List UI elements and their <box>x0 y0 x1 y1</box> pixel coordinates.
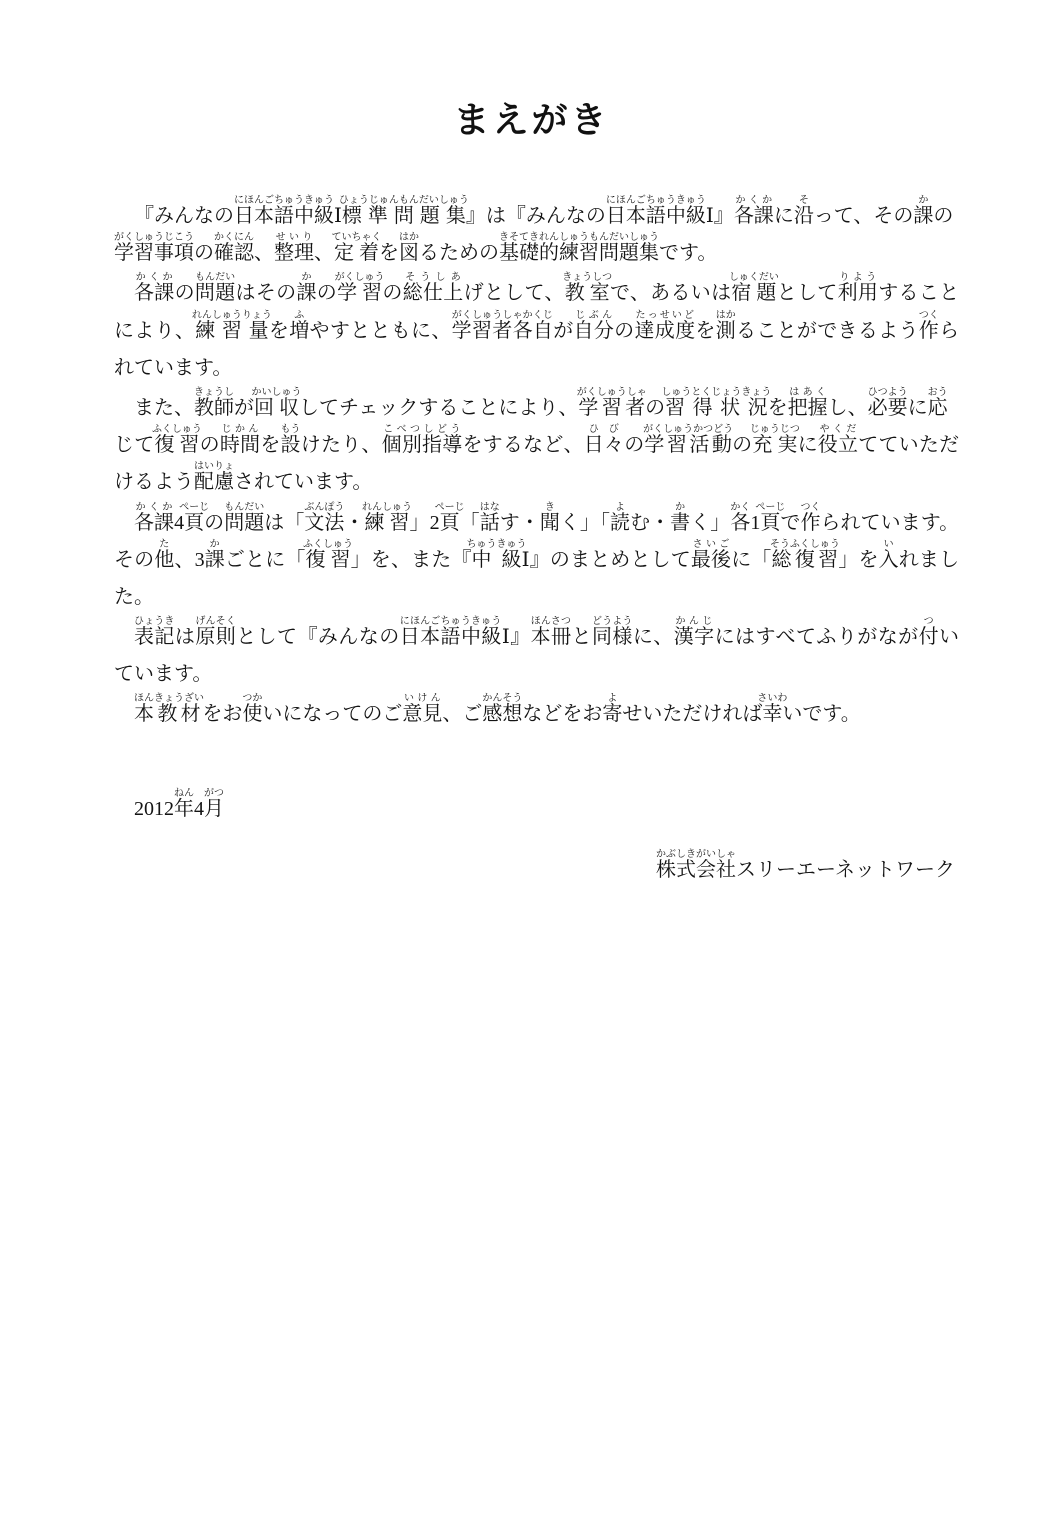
ruby-annotated-word: 回収かいしゅう <box>254 397 299 419</box>
ruby-annotated-word: 本冊ほんさつ <box>531 626 572 648</box>
ruby-annotated-word: 達成度たっせいど <box>634 320 695 342</box>
ruby-annotated-word: 学習者各自がくしゅうしゃかくじ <box>452 320 554 342</box>
preface-body: 『みんなの日本語中級にほんごちゅうきゅうⅠ標準問題集ひょうじゅんもんだいしゅう』… <box>114 195 959 734</box>
ruby-annotated-word: 日々ひび <box>584 434 624 456</box>
ruby-annotated-word: 月がつ <box>204 798 224 820</box>
ruby-annotated-word: 中級ちゅうきゅう <box>472 549 522 571</box>
ruby-annotated-word: 頁ぺーじ <box>760 512 780 534</box>
ruby-annotated-word: 総復習そうふくしゅう <box>772 549 839 571</box>
ruby-annotated-word: 書か <box>670 512 690 534</box>
ruby-annotated-word: 確認かくにん <box>214 242 254 264</box>
page-title: まえがき <box>0 0 1063 143</box>
ruby-annotated-word: 学習者がくしゅうしゃ <box>578 397 645 419</box>
ruby-annotated-word: 学習がくしゅう <box>337 282 382 304</box>
ruby-annotated-word: 個別指導こべつしどう <box>382 434 463 456</box>
ruby-annotated-word: 原則げんそく <box>195 626 236 648</box>
document-page: まえがき 『みんなの日本語中級にほんごちゅうきゅうⅠ標準問題集ひょうじゅんもんだ… <box>0 0 1063 1536</box>
paragraph: 表記ひょうきは原則げんそくとして『みんなの日本語中級にほんごちゅうきゅうⅠ』本冊… <box>114 616 959 693</box>
ruby-annotated-word: 株式会社かぶしきがいしゃ <box>656 859 736 881</box>
ruby-annotated-word: 話はな <box>480 512 500 534</box>
ruby-annotated-word: 役立やくだ <box>818 434 858 456</box>
paragraph: 本教材ほんきょうざいをお使つかいになってのご意見いけん、ご感想かんそうなどをお寄… <box>114 693 959 733</box>
paragraph: また、教師きょうしが回収かいしゅうしてチェックすることにより、学習者がくしゅうし… <box>114 387 959 502</box>
ruby-annotated-word: 設もう <box>281 434 301 456</box>
ruby-annotated-word: 定着ていちゃく <box>334 242 379 264</box>
ruby-annotated-word: 自分じぶん <box>574 320 615 342</box>
ruby-annotated-word: 時間じかん <box>220 434 260 456</box>
ruby-annotated-word: 漢字かんじ <box>674 626 715 648</box>
ruby-annotated-word: 他た <box>154 549 174 571</box>
ruby-annotated-word: 応おう <box>928 397 948 419</box>
ruby-annotated-word: 習得状況しゅうとくじょうきょう <box>665 397 768 419</box>
ruby-annotated-word: 基礎的練習問題集きそてきれんしゅうもんだいしゅう <box>499 242 659 264</box>
paragraph: 各課かくか4頁ぺーじの問題もんだいは「文法ぶんぽう・練習れんしゅう」2頁ぺーじ「… <box>114 502 959 617</box>
ruby-annotated-word: 図はか <box>399 242 419 264</box>
ruby-annotated-word: 頁ぺーじ <box>184 512 204 534</box>
paragraph: 各課かくかの問題もんだいはその課かの学習がくしゅうの総仕上そうしあげとして、教室… <box>114 272 959 387</box>
ruby-annotated-word: 標準問題集ひょうじゅんもんだいしゅう <box>342 205 466 227</box>
ruby-annotated-word: 復習ふくしゅう <box>306 549 351 571</box>
ruby-annotated-word: 復習ふくしゅう <box>154 434 199 456</box>
ruby-annotated-word: 表記ひょうき <box>134 626 175 648</box>
ruby-annotated-word: 利用りよう <box>838 282 879 304</box>
ruby-annotated-word: 問題もんだい <box>195 282 236 304</box>
ruby-annotated-word: 練習れんしゅう <box>365 512 410 534</box>
ruby-annotated-word: 沿そ <box>794 205 814 227</box>
ruby-annotated-word: 日本語中級にほんごちゅうきゅう <box>400 626 502 648</box>
ruby-annotated-word: 意見いけん <box>402 703 442 725</box>
ruby-annotated-word: 感想かんそう <box>482 703 522 725</box>
ruby-annotated-word: 増ふ <box>289 320 309 342</box>
ruby-annotated-word: 測はか <box>716 320 736 342</box>
ruby-annotated-word: 課か <box>205 549 225 571</box>
ruby-annotated-word: 付つ <box>919 626 939 648</box>
paragraph: 『みんなの日本語中級にほんごちゅうきゅうⅠ標準問題集ひょうじゅんもんだいしゅう』… <box>114 195 959 272</box>
ruby-annotated-word: 最後さいご <box>691 549 731 571</box>
ruby-annotated-word: 各課かくか <box>734 205 774 227</box>
publication-date: 2012年ねん4月がつ <box>134 788 1063 821</box>
ruby-annotated-word: 日本語中級にほんごちゅうきゅう <box>606 205 706 227</box>
ruby-annotated-word: 学習活動がくしゅうかつどう <box>644 434 732 456</box>
ruby-annotated-word: 寄よ <box>602 703 622 725</box>
ruby-annotated-word: 総仕上そうしあ <box>403 282 464 304</box>
ruby-annotated-word: 把握はあく <box>788 397 828 419</box>
ruby-annotated-word: 整理せいり <box>274 242 314 264</box>
ruby-annotated-word: 宿題しゅくだい <box>731 282 776 304</box>
ruby-annotated-word: 各かく <box>730 512 750 534</box>
ruby-annotated-word: 課か <box>296 282 316 304</box>
ruby-annotated-word: 幸さいわ <box>762 703 782 725</box>
ruby-annotated-word: 使つか <box>242 703 262 725</box>
ruby-annotated-word: 頁ぺーじ <box>440 512 460 534</box>
ruby-annotated-word: 作つく <box>919 320 939 342</box>
ruby-annotated-word: 課か <box>913 205 933 227</box>
ruby-annotated-word: 本教材ほんきょうざい <box>134 703 202 725</box>
ruby-annotated-word: 充実じゅうじつ <box>752 434 797 456</box>
publisher-name: 株式会社かぶしきがいしゃスリーエーネットワーク <box>0 849 955 882</box>
ruby-annotated-word: 必要ひつよう <box>868 397 908 419</box>
ruby-annotated-word: 教師きょうし <box>194 397 234 419</box>
ruby-annotated-word: 教室きょうしつ <box>565 282 610 304</box>
ruby-annotated-word: 練習量れんしゅうりょう <box>195 320 268 342</box>
ruby-annotated-word: 入い <box>879 549 899 571</box>
ruby-annotated-word: 日本語中級にほんごちゅうきゅう <box>234 205 334 227</box>
ruby-annotated-word: 配慮はいりょ <box>194 471 234 493</box>
ruby-annotated-word: 読よ <box>610 512 630 534</box>
ruby-annotated-word: 学習事項がくしゅうじこう <box>114 242 194 264</box>
ruby-annotated-word: 問題もんだい <box>224 512 264 534</box>
ruby-annotated-word: 文法ぶんぽう <box>304 512 344 534</box>
ruby-annotated-word: 作つく <box>800 512 820 534</box>
ruby-annotated-word: 各課かくか <box>134 512 174 534</box>
ruby-annotated-word: 各課かくか <box>134 282 175 304</box>
ruby-annotated-word: 年ねん <box>174 798 194 820</box>
ruby-annotated-word: 同様どうよう <box>592 626 633 648</box>
ruby-annotated-word: 聞き <box>540 512 560 534</box>
